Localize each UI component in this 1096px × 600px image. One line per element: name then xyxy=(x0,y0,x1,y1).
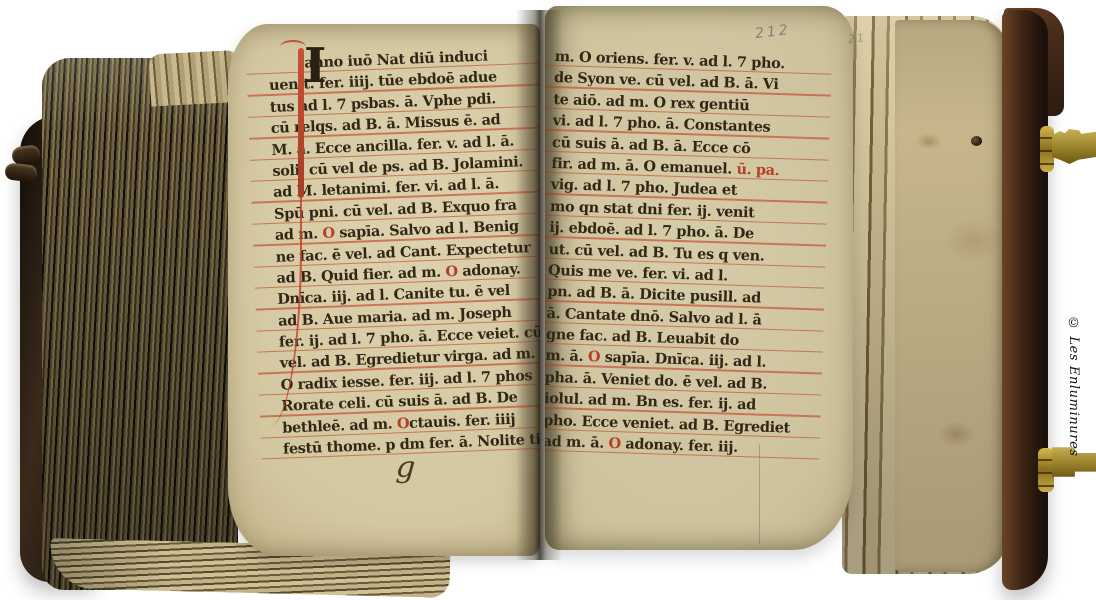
left-page: I anno iuō Nat diū induciuenit. fer. iii… xyxy=(228,24,540,556)
ruling-vertical-line xyxy=(759,444,760,544)
rubric-text: O xyxy=(397,415,410,432)
rubric-text: O xyxy=(608,435,621,452)
rubric-text: O xyxy=(588,349,601,366)
rubric-text: O xyxy=(445,263,458,280)
edge-pencil-number: 21 xyxy=(847,31,866,46)
manuscript-text: adonay. xyxy=(457,260,520,279)
manuscript-text: m. ā. xyxy=(545,347,588,365)
rubric-text: ū. pa. xyxy=(736,161,779,179)
right-page: 212 m. O oriens. fer. v. ad l. 7 pho.de … xyxy=(545,6,853,550)
folio-number: 212 xyxy=(754,22,791,42)
manuscript-text: anno iuō Nat diū induci xyxy=(304,48,488,72)
initial-letter: I xyxy=(304,38,326,94)
right-cover-leather xyxy=(1002,10,1048,590)
left-page-text: anno iuō Nat diū induciuenit. fer. iiij.… xyxy=(268,46,540,462)
rubric-text: O xyxy=(322,225,335,242)
credit-watermark: © Les Enluminures xyxy=(1066,316,1081,486)
scribal-flourish: g xyxy=(395,449,417,485)
pastedown xyxy=(895,20,1007,572)
clasp-bottom-hinge xyxy=(1038,448,1054,492)
nail-stud xyxy=(971,136,982,146)
manuscript-text: ad m. ā. xyxy=(545,433,609,452)
clasp-catch-pin xyxy=(4,162,38,182)
page-stack-edges xyxy=(42,58,238,590)
manuscript-text: adonay. fer. iij. xyxy=(620,435,738,456)
manuscript-photo: I anno iuō Nat diū induciuenit. fer. iii… xyxy=(0,0,1096,600)
manuscript-text: ctauis. fer. iiij xyxy=(409,410,516,431)
right-page-text: m. O oriens. fer. v. ad l. 7 pho.de Syon… xyxy=(545,48,802,462)
clasp-top-hinge xyxy=(1040,126,1054,172)
manuscript-text: bethleē. ad m. xyxy=(282,415,397,436)
manuscript-text: m. O oriens. fer. v. ad l. 7 pho. xyxy=(554,48,785,72)
clasp-top-strap xyxy=(1052,129,1096,164)
